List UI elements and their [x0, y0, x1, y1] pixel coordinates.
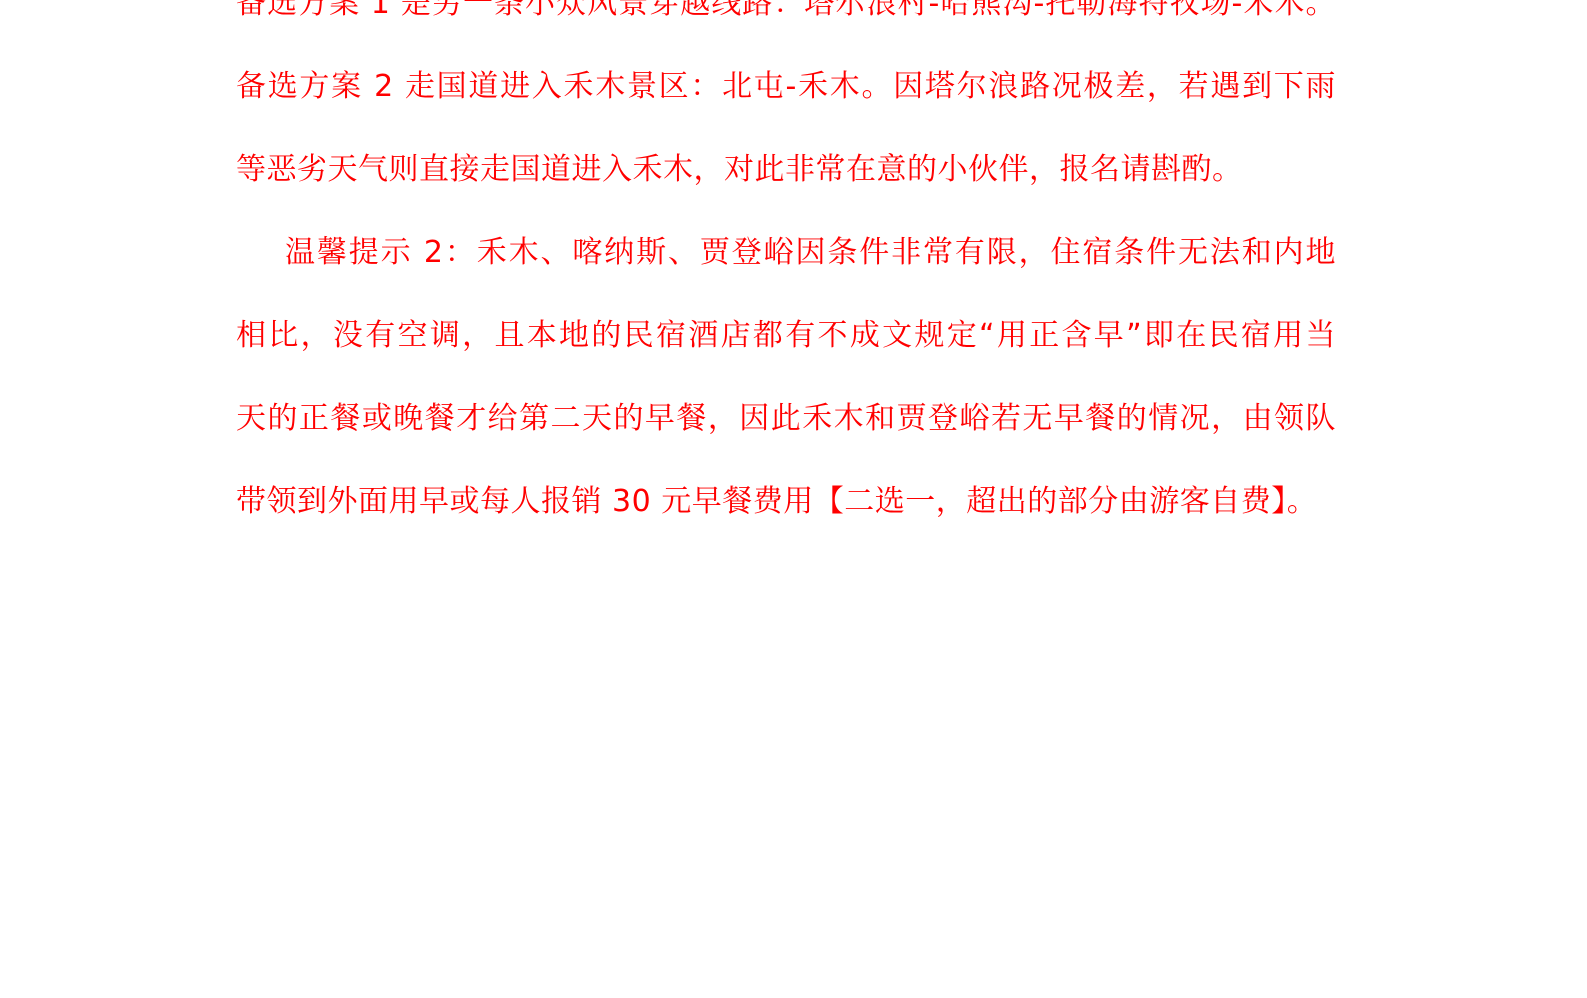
- document-text-column: 备选方案 1 是另一条小众风景穿越线路：塔尔浪村-哈熊沟-托勒海特牧场-禾木。 …: [236, 0, 1336, 543]
- text-line-tip2-cont-2: 天的正餐或晚餐才给第二天的早餐，因此禾木和贾登峪若无早餐的情况，由领队: [236, 377, 1336, 460]
- text-line-alt-route-1: 备选方案 1 是另一条小众风景穿越线路：塔尔浪村-哈熊沟-托勒海特牧场-禾木。: [236, 0, 1336, 45]
- text-line-tip2-cont-1: 相比，没有空调，且本地的民宿酒店都有不成文规定“用正含早”即在民宿用当: [236, 294, 1336, 377]
- text-line-tip2-start: 温馨提示 2：禾木、喀纳斯、贾登峪因条件非常有限，住宿条件无法和内地: [236, 211, 1336, 294]
- text-line-alt-route-2: 备选方案 2 走国道进入禾木景区：北屯-禾木。因塔尔浪路况极差，若遇到下雨: [236, 45, 1336, 128]
- text-line-tip2-end: 带领到外面用早或每人报销 30 元早餐费用【二选一，超出的部分由游客自费】。: [236, 460, 1336, 543]
- text-line-alt-route-2-end: 等恶劣天气则直接走国道进入禾木，对此非常在意的小伙伴，报名请斟酌。: [236, 128, 1336, 211]
- document-page: 备选方案 1 是另一条小众风景穿越线路：塔尔浪村-哈熊沟-托勒海特牧场-禾木。 …: [0, 0, 1587, 998]
